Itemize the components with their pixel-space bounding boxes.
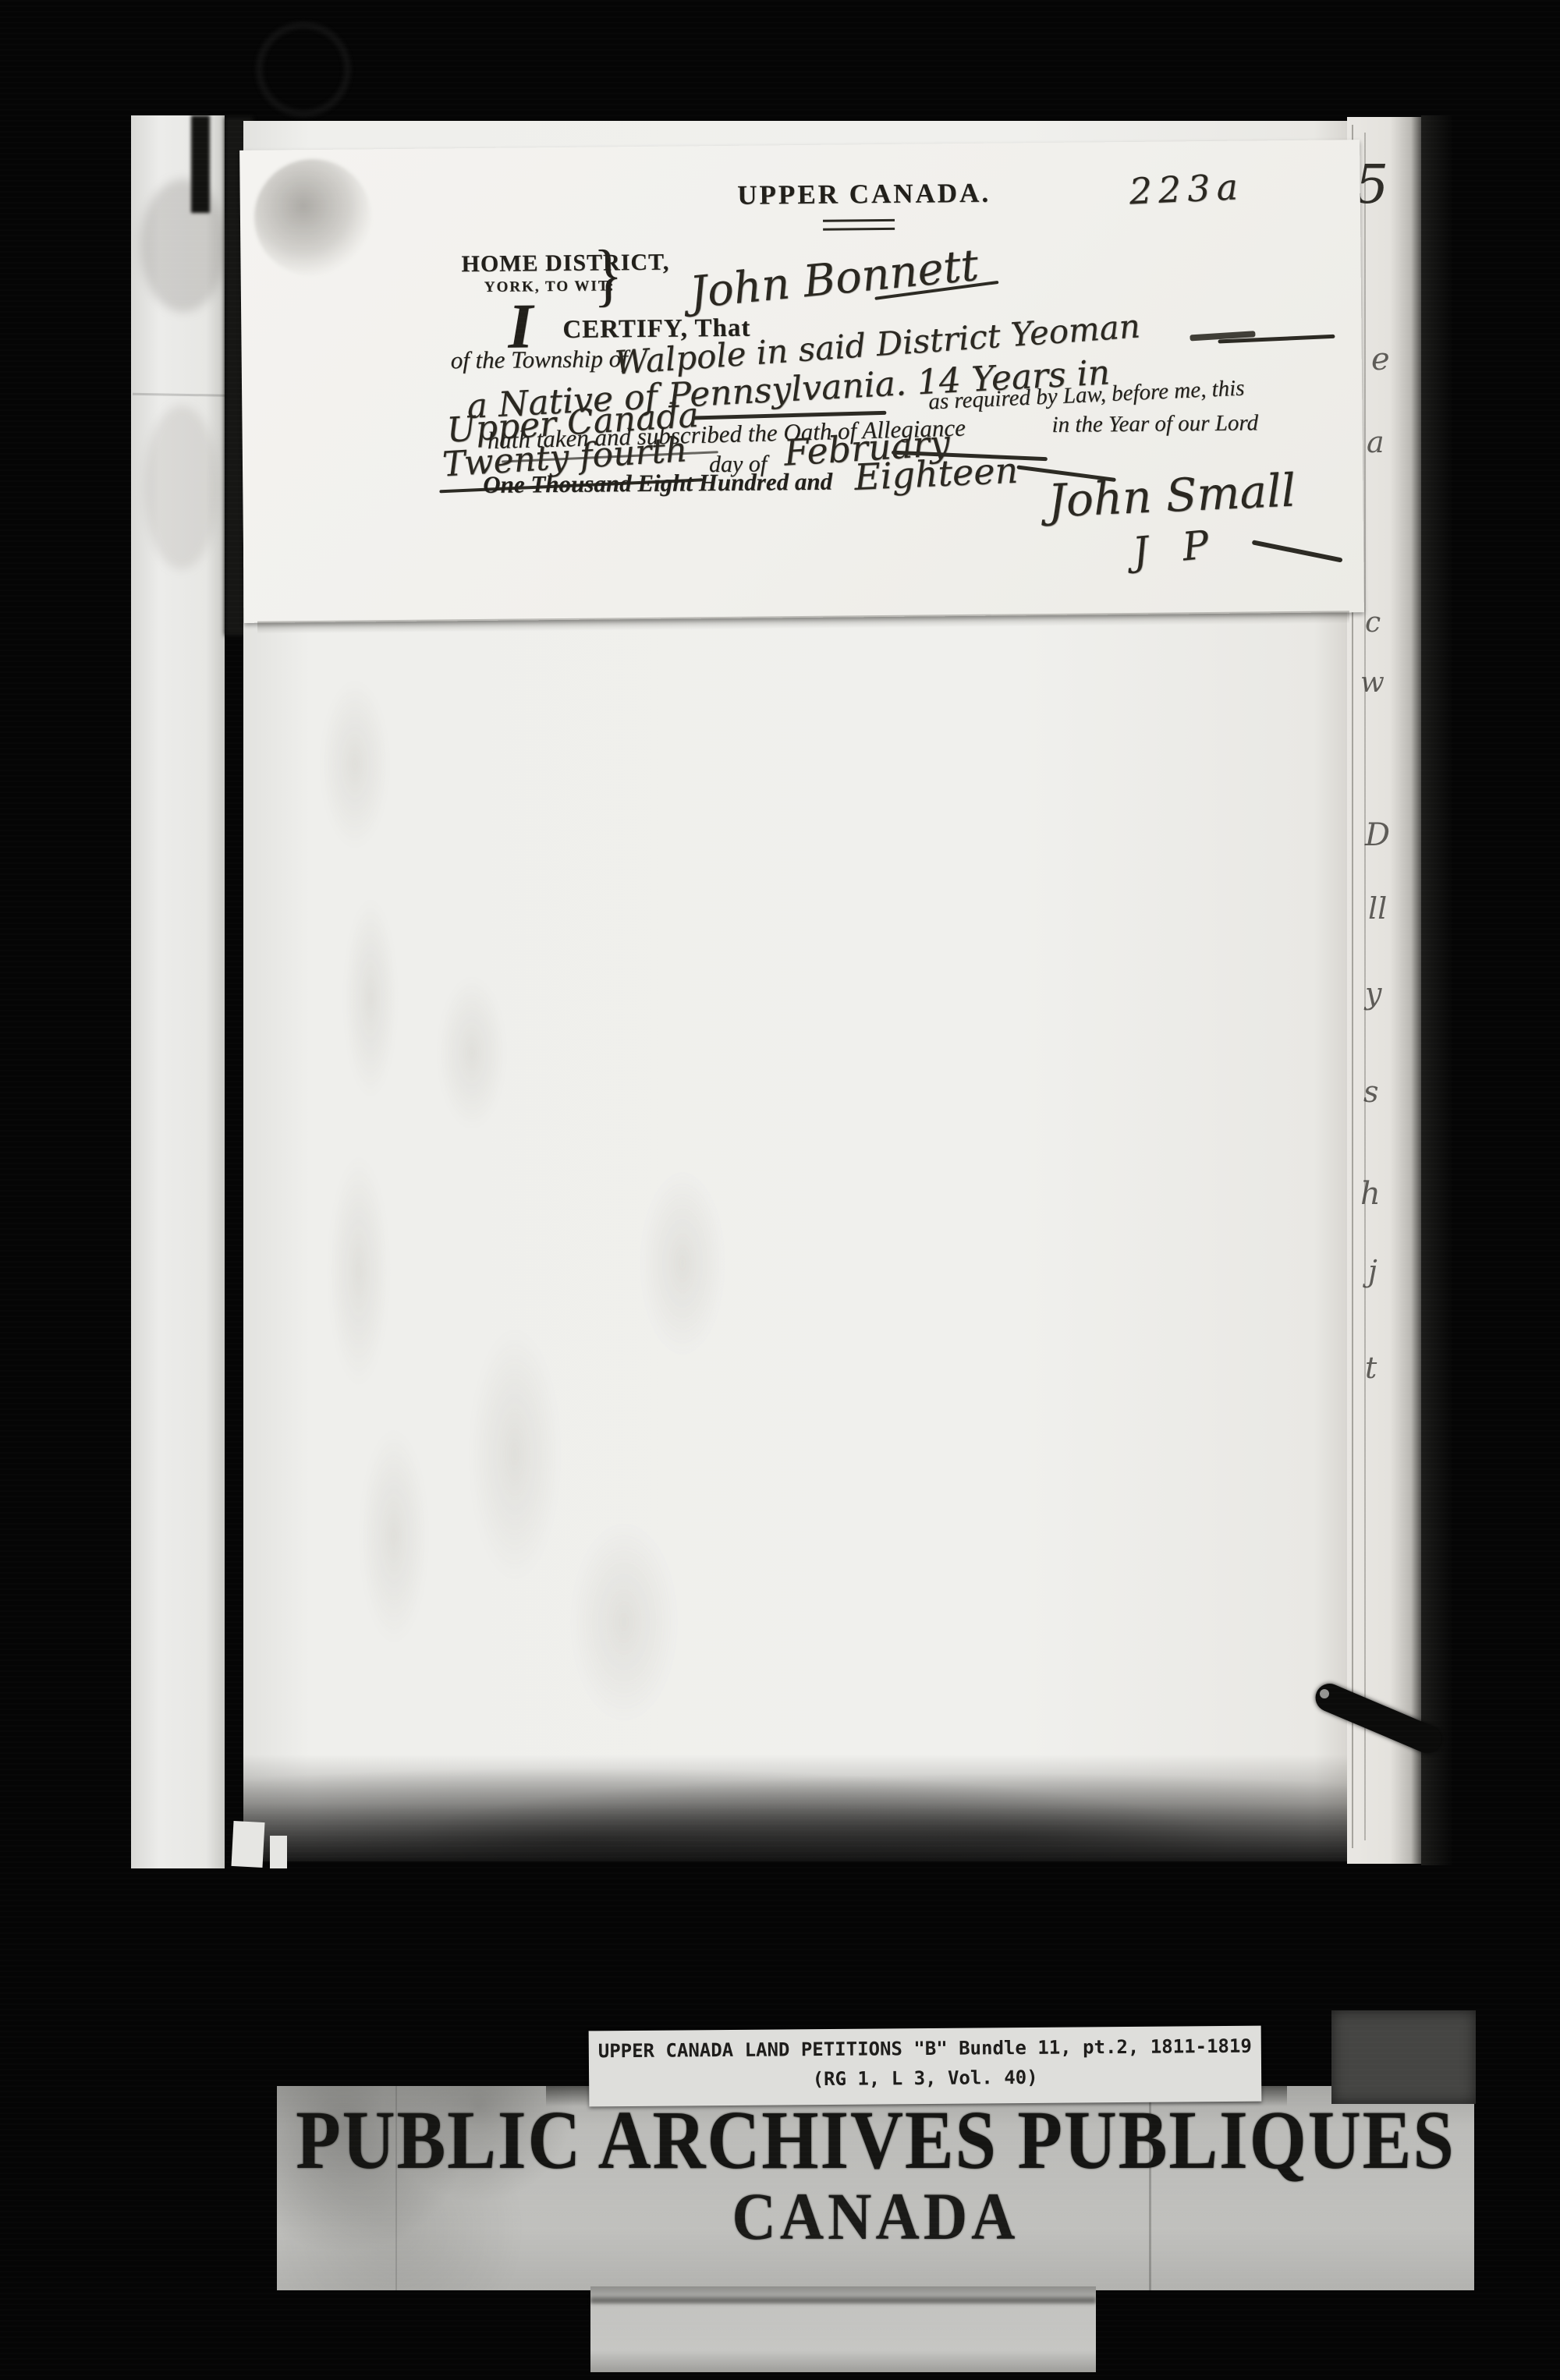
header-ornament — [823, 219, 895, 231]
archive-label-line2: (RG 1, L 3, Vol. 40) — [589, 2065, 1261, 2092]
frame-edge-shadow — [1421, 115, 1452, 1865]
margin-writing-fragment: ll — [1368, 891, 1387, 926]
petitioner-name-handwritten: John Bonnett — [687, 240, 980, 319]
bleedthrough-smudge — [359, 1427, 429, 1645]
paper-stain — [144, 406, 218, 569]
archive-reference-label: UPPER CANADA LAND PETITIONS "B" Bundle 1… — [589, 2026, 1262, 2107]
margin-writing-fragment: e — [1371, 342, 1390, 377]
magistrate-title: J P — [1131, 521, 1222, 575]
margin-writing-fragment: a — [1367, 425, 1384, 459]
film-clip-highlight — [1320, 1689, 1329, 1698]
sign-fold-line — [1149, 2086, 1151, 2290]
archive-label-line1: UPPER CANADA LAND PETITIONS "B" Bundle 1… — [589, 2035, 1261, 2063]
paper-stain — [140, 179, 226, 312]
page-corner-bit — [232, 1821, 265, 1868]
year-of-lord-label: in the Year of our Lord — [1051, 410, 1258, 438]
sign-worn-corner — [277, 2086, 612, 2290]
margin-writing-fragment: j — [1368, 1254, 1377, 1288]
bleedthrough-smudge — [437, 975, 507, 1131]
ink-stroke — [1252, 540, 1343, 562]
binding-gutter — [191, 115, 210, 213]
margin-writing-fragment: s — [1363, 1075, 1379, 1109]
margin-writing-fragment: c — [1365, 607, 1381, 639]
margin-writing-fragment: y — [1365, 976, 1381, 1011]
left-page-edges — [131, 115, 225, 1868]
page-corner-bit — [270, 1836, 287, 1868]
year-handwritten: Eighteen — [853, 449, 1019, 498]
year-line-label: One Thousand Eight Hundred and — [483, 468, 832, 499]
film-ring-mark — [256, 22, 351, 117]
district-line: HOME DISTRICT, — [461, 250, 669, 278]
margin-writing-fragment: t — [1365, 1351, 1377, 1385]
bleedthrough-smudge — [343, 897, 398, 1100]
province-header: UPPER CANADA. — [693, 177, 1036, 211]
bleedthrough-smudge — [328, 1154, 390, 1388]
oath-certificate-slip: UPPER CANADA. 223a HOME DISTRICT, YORK, … — [239, 140, 1364, 623]
bleedthrough-smudge — [468, 1326, 562, 1583]
bleedthrough-smudge — [569, 1521, 679, 1723]
magistrate-signature: John Small — [1047, 463, 1296, 527]
ink-blot — [253, 158, 371, 276]
form-brace: } — [593, 234, 622, 315]
page-bottom-shadow — [243, 1755, 1347, 1864]
bleedthrough-smudge — [320, 678, 390, 850]
bleedthrough-smudge — [640, 1170, 725, 1357]
township-label: of the Township of — [451, 345, 628, 374]
microfilm-frame: 5 e a c w D ll y s h j t UPPER CANADA. 2… — [0, 0, 1560, 2380]
page-number: 223a — [1129, 165, 1245, 212]
margin-writing-fragment: w — [1360, 667, 1384, 699]
margin-writing-fragment: D — [1365, 817, 1390, 853]
sign-right-scrap — [1331, 2010, 1476, 2104]
tab-crease — [590, 2297, 1096, 2304]
margin-writing-fragment: h — [1360, 1176, 1381, 1212]
